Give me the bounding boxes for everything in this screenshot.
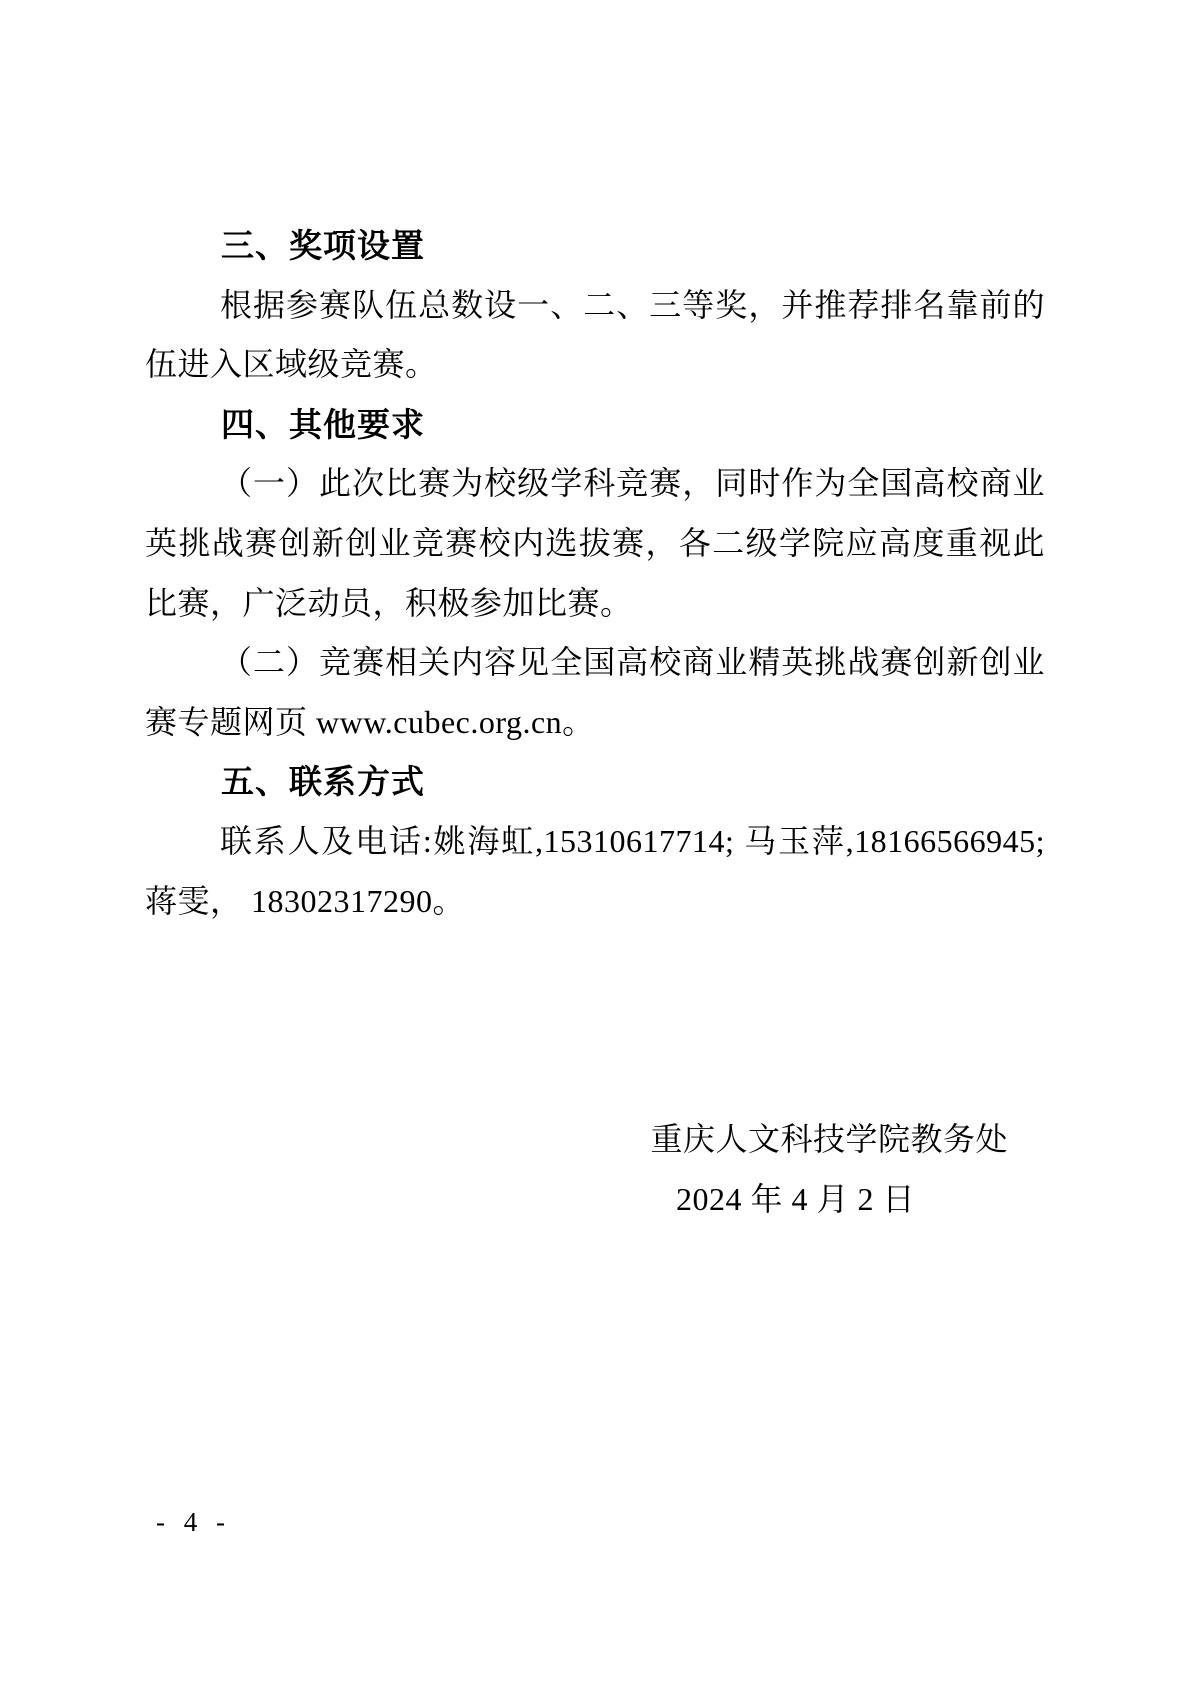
section-heading-awards: 三、奖项设置: [145, 216, 1045, 276]
page-number: - 4 -: [156, 1502, 231, 1542]
paragraph-line: 根据参赛队伍总数设一、二、三等奖，并推荐排名靠前的队: [145, 276, 1045, 336]
paragraph-line-contact-phones: 联系人及电话:姚海虹,15310617714; 马玉萍,18166566945;: [145, 812, 1045, 872]
paragraph-line: 比赛，广泛动员，积极参加比赛。: [145, 574, 1045, 634]
document-body: 三、奖项设置 根据参赛队伍总数设一、二、三等奖，并推荐排名靠前的队 伍进入区域级…: [145, 216, 1045, 1229]
signature-issuer: 重庆人文科技学院教务处: [145, 1110, 1045, 1170]
section-heading-contact: 五、联系方式: [145, 752, 1045, 812]
blank-space: [145, 931, 1045, 1110]
paragraph-line-website: 赛专题网页 www.cubec.org.cn。: [145, 693, 1045, 753]
section-heading-other-requirements: 四、其他要求: [145, 395, 1045, 455]
paragraph-line: （二）竞赛相关内容见全国高校商业精英挑战赛创新创业竞: [145, 633, 1045, 693]
paragraph-line: （一）此次比赛为校级学科竞赛，同时作为全国高校商业精: [145, 454, 1045, 514]
paragraph-line-contact-phones: 蒋雯， 18302317290。: [145, 872, 1045, 932]
issue-date: 2024 年 4 月 2 日: [145, 1170, 1045, 1230]
document-page: 三、奖项设置 根据参赛队伍总数设一、二、三等奖，并推荐排名靠前的队 伍进入区域级…: [0, 0, 1191, 1684]
paragraph-line: 伍进入区域级竞赛。: [145, 335, 1045, 395]
paragraph-line: 英挑战赛创新创业竞赛校内选拔赛，各二级学院应高度重视此次: [145, 514, 1045, 574]
